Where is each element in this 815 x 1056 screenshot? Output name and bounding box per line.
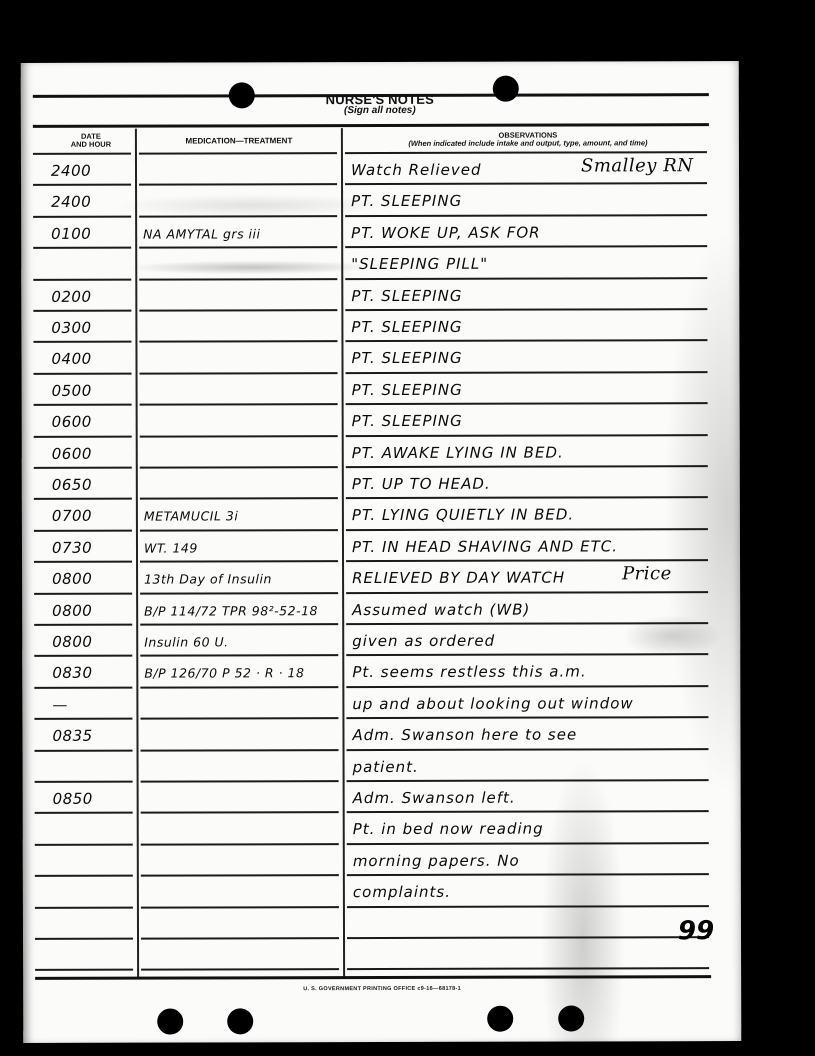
row-rule: [33, 278, 131, 280]
entry-time: 0800: [52, 570, 92, 588]
table-row: 0300PT. SLEEPING: [21, 61, 739, 63]
row-rule: [33, 341, 131, 343]
row-rule: [347, 811, 709, 814]
column-divider: [135, 129, 139, 979]
row-rule: [346, 654, 708, 657]
row-rule: [139, 152, 337, 155]
entry-time: 0835: [52, 727, 92, 745]
row-rule: [35, 812, 133, 814]
row-rule: [35, 749, 133, 751]
entry-observation: patient.: [353, 757, 419, 775]
row-rule: [140, 529, 338, 532]
row-rule: [140, 592, 338, 595]
row-rule: [345, 340, 707, 343]
entry-observation: RELIEVED BY DAY WATCH: [352, 569, 565, 588]
row-rule: [139, 341, 337, 344]
row-rule: [34, 718, 132, 720]
table-row: complaints.: [21, 61, 739, 63]
nurse-signature: Smalley RN: [581, 155, 694, 176]
table-row: [21, 61, 739, 63]
row-rule: [35, 938, 133, 940]
table-row: 0650PT. UP TO HEAD.: [21, 61, 739, 63]
row-rule: [34, 529, 132, 531]
row-rule: [347, 873, 709, 876]
entry-observation: PT. WOKE UP, ASK FOR: [351, 223, 540, 241]
row-rule: [141, 780, 339, 783]
table-row: 2400Watch RelievedSmalley RN: [21, 61, 739, 63]
table-row: 0500PT. SLEEPING: [21, 61, 739, 63]
entry-observation: Pt. seems restless this a.m.: [352, 663, 586, 682]
entry-observation: "SLEEPING PILL": [351, 255, 488, 273]
row-rule: [346, 591, 708, 594]
entry-time: 0830: [52, 664, 92, 682]
row-rule: [140, 466, 338, 469]
entry-time: 0800: [52, 633, 92, 651]
entry-time: 0100: [51, 225, 91, 243]
row-rule: [34, 372, 132, 374]
row-rule: [35, 843, 133, 845]
table-row: 0200PT. SLEEPING: [21, 61, 739, 63]
entry-observation: PT. SLEEPING: [351, 192, 462, 210]
entry-observation: PT. SLEEPING: [351, 286, 462, 304]
table-row: 080013th Day of InsulinRELIEVED BY DAY W…: [21, 61, 739, 63]
notes-table: 2400Watch RelievedSmalley RN2400PT. SLEE…: [21, 61, 739, 63]
table-row: 0600PT. AWAKE LYING IN BED.: [21, 61, 739, 63]
entry-time: 0600: [52, 444, 92, 462]
punch-hole-icon: [487, 1006, 513, 1032]
entry-time: 0300: [51, 319, 91, 337]
table-row: morning papers. No: [21, 61, 739, 63]
nurses-notes-form: NURSE'S NOTES (Sign all notes) DATE AND …: [21, 61, 742, 1043]
entry-medication: Insulin 60 U.: [144, 634, 228, 649]
row-rule: [140, 686, 338, 689]
row-rule: [140, 560, 338, 563]
column-header-hour: AND HOUR: [51, 141, 131, 149]
row-rule: [345, 245, 707, 248]
entry-time: 0650: [52, 476, 92, 494]
row-rule: [141, 969, 339, 972]
row-rule: [34, 467, 132, 469]
row-rule: [141, 874, 339, 877]
row-rule: [34, 686, 132, 688]
entry-observation: PT. AWAKE LYING IN BED.: [352, 443, 564, 462]
table-row: Pt. in bed now reading: [21, 61, 739, 63]
row-rule: [346, 559, 708, 562]
row-rule: [34, 655, 132, 657]
row-rule: [141, 812, 339, 815]
entry-observation: Adm. Swanson left.: [353, 789, 516, 807]
form-subtitle: (Sign all notes): [21, 104, 739, 117]
table-row: "SLEEPING PILL": [21, 61, 739, 63]
table-row: 2400PT. SLEEPING: [21, 61, 739, 63]
entry-medication: METAMUCIL 3i: [144, 509, 238, 524]
entry-medication: B/P 126/70 P 52 · R · 18: [144, 666, 304, 681]
row-rule: [139, 246, 337, 249]
row-rule: [346, 434, 708, 437]
entry-time: 0200: [51, 287, 91, 305]
entry-observation: Pt. in bed now reading: [353, 820, 544, 838]
column-header-date-hour: DATE AND HOUR: [51, 133, 131, 149]
row-rule: [139, 215, 337, 218]
column-divider: [341, 128, 345, 978]
row-rule: [347, 748, 709, 751]
row-rule: [346, 402, 708, 405]
row-rule: [347, 968, 709, 971]
row-rule: [345, 183, 707, 186]
entry-time: 0400: [51, 350, 91, 368]
row-rule: [345, 214, 707, 217]
row-rule: [347, 779, 709, 782]
table-row: 0700METAMUCIL 3iPT. LYING QUIETLY IN BED…: [21, 61, 739, 63]
entry-time: 0850: [53, 790, 93, 808]
column-header-observations-note: (When indicated include intake and outpu…: [343, 139, 713, 148]
row-rule: [141, 843, 339, 846]
row-rule: [34, 561, 132, 563]
row-rule: [33, 310, 131, 312]
entry-observation: Assumed watch (WB): [352, 600, 530, 618]
entry-observation: PT. SLEEPING: [352, 412, 463, 430]
table-row: 0835Adm. Swanson here to see: [21, 61, 739, 63]
row-rule: [35, 875, 133, 877]
entry-observation: PT. LYING QUIETLY IN BED.: [352, 506, 574, 525]
table-row: 0730WT. 149PT. IN HEAD SHAVING AND ETC.: [21, 61, 739, 63]
row-rule: [346, 716, 708, 719]
entry-observation: PT. IN HEAD SHAVING AND ETC.: [352, 537, 618, 556]
table-row: 0600PT. SLEEPING: [21, 61, 739, 63]
row-rule: [345, 277, 707, 280]
row-rule: [346, 465, 708, 468]
table-row: 0100NA AMYTAL grs iiiPT. WOKE UP, ASK FO…: [21, 61, 739, 63]
row-rule: [35, 906, 133, 908]
row-rule: [141, 937, 339, 940]
entry-observation: Adm. Swanson here to see: [352, 726, 577, 745]
row-rule: [140, 498, 338, 501]
entry-time: 2400: [51, 193, 91, 211]
entry-observation: up and about looking out window: [352, 694, 633, 713]
table-row: —up and about looking out window: [21, 61, 739, 63]
row-rule: [33, 215, 131, 217]
table-row: 0400PT. SLEEPING: [21, 61, 739, 63]
row-rule: [346, 497, 708, 500]
entry-time: 0500: [52, 382, 92, 400]
row-rule: [140, 623, 338, 626]
row-rule: [139, 278, 337, 281]
entry-medication: NA AMYTAL grs iii: [143, 226, 260, 241]
column-header-medication: MEDICATION—TREATMENT: [137, 137, 341, 146]
row-rule: [345, 308, 707, 311]
bottom-rule: [35, 975, 711, 980]
punch-hole-icon: [157, 1009, 183, 1035]
row-rule: [141, 906, 339, 909]
row-rule: [139, 184, 337, 187]
entry-observation: Watch Relieved: [351, 161, 481, 179]
entry-observation: PT. SLEEPING: [352, 381, 463, 399]
table-row: [21, 61, 739, 63]
row-rule: [33, 153, 131, 155]
row-rule: [347, 842, 709, 845]
row-rule: [140, 403, 338, 406]
entry-time: 2400: [51, 162, 91, 180]
entry-medication: 13th Day of Insulin: [144, 571, 272, 586]
entry-medication: B/P 114/72 TPR 98²-52-18: [144, 603, 318, 618]
row-rule: [347, 936, 709, 939]
row-rule: [33, 184, 131, 186]
printer-imprint: U. S. GOVERNMENT PRINTING OFFICE c9-16—6…: [23, 985, 741, 993]
entry-medication: WT. 149: [144, 540, 198, 555]
row-rule: [34, 404, 132, 406]
entry-time: 0800: [52, 601, 92, 619]
row-rule: [141, 749, 339, 752]
punch-hole-icon: [227, 1008, 253, 1034]
row-rule: [34, 592, 132, 594]
row-rule: [346, 685, 708, 688]
entry-time: 0600: [52, 413, 92, 431]
row-rule: [346, 528, 708, 531]
entry-time: 0700: [52, 507, 92, 525]
form-title-block: NURSE'S NOTES (Sign all notes): [21, 91, 739, 117]
entry-observation: complaints.: [353, 883, 451, 901]
row-rule: [347, 905, 709, 908]
row-rule: [35, 969, 133, 971]
row-rule: [34, 435, 132, 437]
row-rule: [139, 309, 337, 312]
entry-observation: morning papers. No: [353, 851, 520, 869]
punch-hole-icon: [558, 1005, 584, 1031]
table-row: 0850Adm. Swanson left.: [21, 61, 739, 63]
row-rule: [33, 247, 131, 249]
row-rule: [140, 655, 338, 658]
table-row: 0800Insulin 60 U.given as ordered: [21, 61, 739, 63]
page-number: 99: [678, 916, 714, 946]
entry-time: 0730: [52, 539, 92, 557]
title-rule: [33, 123, 709, 128]
column-header-observations: OBSERVATIONS (When indicated include int…: [343, 131, 713, 148]
entry-observation: PT. SLEEPING: [351, 349, 462, 367]
row-rule: [140, 372, 338, 375]
row-rule: [34, 498, 132, 500]
row-rule: [140, 435, 338, 438]
row-rule: [34, 624, 132, 626]
row-rule: [140, 717, 338, 720]
table-row: 0800B/P 114/72 TPR 98²-52-18Assumed watc…: [21, 61, 739, 63]
table-row: 0830B/P 126/70 P 52 · R · 18Pt. seems re…: [21, 61, 739, 63]
row-rule: [346, 622, 708, 625]
entry-observation: given as ordered: [352, 632, 495, 650]
row-rule: [346, 371, 708, 374]
entry-observation: PT. SLEEPING: [351, 318, 462, 336]
row-rule: [35, 781, 133, 783]
table-row: patient.: [21, 61, 739, 63]
entry-time: —: [52, 696, 68, 714]
nurse-signature: Price: [622, 563, 672, 584]
entry-observation: PT. UP TO HEAD.: [352, 475, 491, 493]
row-rule: [345, 151, 707, 154]
